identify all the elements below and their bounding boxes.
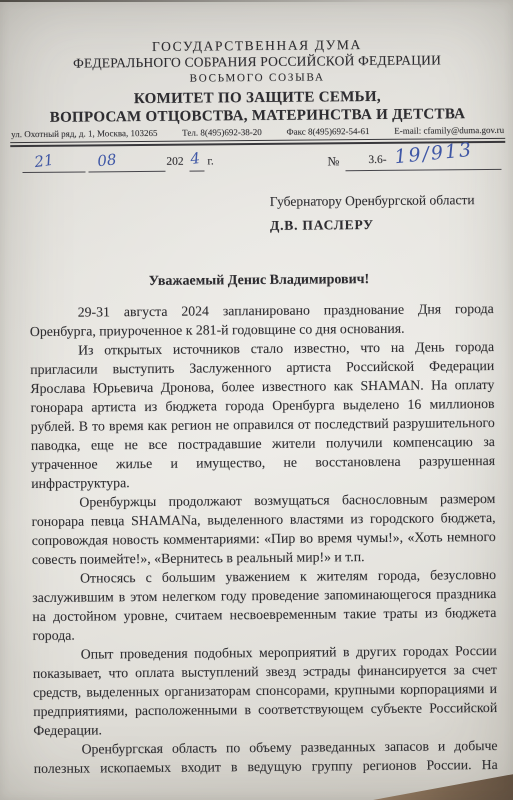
number-underline [345,169,501,171]
photo-top-edge [0,0,513,2]
fax-number: Факс 8(495)692-54-61 [286,126,369,138]
email-address: E-mail: cfamily@duma.gov.ru [394,125,504,137]
committee-name: КОМИТЕТ ПО ЗАЩИТЕ СЕМЬИ, ВОПРОСАМ ОТЦОВС… [1,88,513,127]
letter-sheet: ГОСУДАРСТВЕННАЯ ДУМА ФЕДЕРАЛЬНОГО СОБРАН… [0,0,513,778]
year-suffix: г. [207,155,213,167]
day-underline [22,171,85,173]
letter-body: 29-31 августа 2024 запланировано праздно… [30,299,498,778]
paragraph-4: Относясь с большим уважением к жителям г… [32,565,497,645]
handwritten-year-digit: 4 [189,149,201,168]
phone-number: Тел. 8(495)692-38-20 [182,127,262,139]
year-underline [189,170,204,171]
postal-address: ул. Охотный ряд, д. 1, Москва, 103265 [11,128,157,140]
year-printed: 202 [166,156,183,168]
org-name-line1: ГОСУДАРСТВЕННАЯ ДУМА [0,0,513,56]
addressee-name: Д.В. ПАСЛЕРУ [270,215,495,234]
committee-name-line2: ВОПРОСАМ ОТЦОВСТВА, МАТЕРИНСТВА И ДЕТСТВ… [1,105,513,127]
paragraph-6: Оренбургская область по объему разведанн… [33,736,497,778]
org-convocation: ВОСЬМОГО СОЗЫВА [1,70,513,87]
document-photo: ГОСУДАРСТВЕННАЯ ДУМА ФЕДЕРАЛЬНОГО СОБРАН… [0,0,513,800]
handwritten-month: 08 [97,150,118,170]
letterhead: ГОСУДАРСТВЕННАЯ ДУМА ФЕДЕРАЛЬНОГО СОБРАН… [0,0,513,127]
month-underline [88,171,165,173]
handwritten-day: 21 [33,151,54,171]
paragraph-1: 29-31 августа 2024 запланировано праздно… [30,299,494,341]
addressee-block: Губернатору Оренбургской области Д.В. ПА… [270,191,495,234]
number-sign: № [327,154,339,169]
addressee-title: Губернатору Оренбургской области [270,191,495,210]
paragraph-3: Оренбуржцы продолжают возмущаться баснос… [31,489,496,569]
salutation: Уважаемый Денис Владимирович! [2,270,513,292]
org-name-line2: ФЕДЕРАЛЬНОГО СОБРАНИЯ РОССИЙСКОЙ ФЕДЕРАЦ… [0,52,513,72]
paragraph-5: Опыт проведения подобных мероприятий в д… [33,641,498,740]
paragraph-2: Из открытых источников стало известно, ч… [30,337,495,493]
reference-line: 21 08 202 4 г. № 3.6- 19/913 [1,149,513,183]
number-prefix: 3.6- [368,154,386,166]
